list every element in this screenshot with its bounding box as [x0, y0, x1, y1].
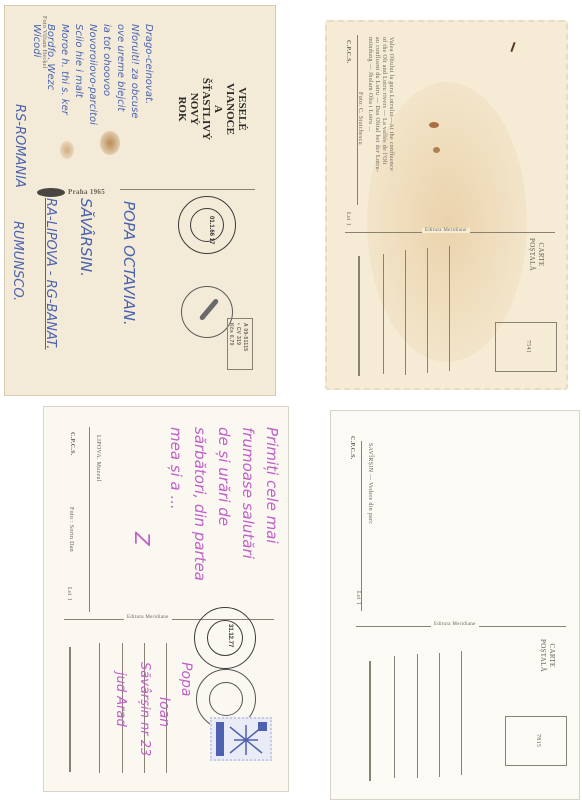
address-line	[369, 661, 371, 781]
divider-line	[361, 441, 362, 611]
caption: SAVÎRȘIN — Vedere din parc	[367, 443, 373, 524]
caption: Valea Oltului la gura Lotrului—At the co…	[366, 37, 394, 172]
address-line-country-code: RS-ROMANIA	[12, 104, 27, 188]
photo-credit: Foto : Sorin Dan	[68, 507, 74, 552]
postcard-top-left: VESELÉ VIANOCE A ŠŤASTLIVÝ NOVÝ ROK Foto…	[4, 5, 276, 396]
signature: Z	[130, 532, 154, 546]
edition: Editura Meridiane	[431, 622, 479, 627]
greeting-text: VESELÉ VIANOCE A ŠŤASTLIVÝ NOVÝ ROK	[176, 70, 248, 148]
publisher: C.P.C.S.	[69, 432, 75, 456]
publisher: C.P.C.S.	[345, 40, 351, 64]
address-line	[417, 654, 418, 778]
address-line-first-name: Ioan	[156, 697, 172, 727]
divider-line	[89, 427, 90, 612]
address-line-country: RUMUNSCO.	[10, 221, 25, 301]
stain	[60, 141, 74, 159]
address-line	[358, 256, 360, 376]
address-line	[449, 246, 450, 371]
divider-line	[120, 189, 255, 190]
handwritten-message: Drago-ceinovat. Nforuiti! za obcuse ove …	[29, 24, 155, 125]
postmark-savarsin: 31.12.77	[194, 607, 256, 669]
address-line	[461, 651, 462, 775]
price: Lei 1	[66, 587, 72, 601]
postcard-top-right: C.P.C.S. Valea Oltului la gura Lotrului—…	[325, 20, 568, 390]
pylon-icon	[226, 723, 266, 757]
price: Lei 1	[345, 212, 351, 226]
address-line	[427, 248, 428, 373]
postcard-bottom-left: C.P.C.S. LIPOVA. Muzeul Foto : Sorin Dan…	[43, 406, 289, 792]
address-line-street: Săvârșin nr 23	[137, 662, 152, 756]
publisher: C.P.C.S.	[349, 436, 355, 460]
edition: Editura Meridiane	[124, 615, 172, 620]
card-title: CARTE POȘTALĂ	[538, 639, 556, 672]
address-line-town: SĂVÂRSIN.	[77, 198, 95, 277]
postage-stamp	[210, 717, 272, 761]
price: Lei 1	[355, 591, 361, 605]
address-line	[394, 656, 395, 778]
mark	[510, 42, 515, 52]
publisher-logo-icon	[37, 188, 65, 197]
address-line	[405, 250, 406, 375]
caption: LIPOVA. Muzeul	[95, 435, 101, 482]
address-line	[439, 653, 440, 777]
edition: Editura Meridiane	[422, 228, 470, 233]
handwritten-message: Primiți cele mai frumoase salutări de și…	[164, 427, 284, 581]
photo-credit: Foto: C. Stoichescu	[357, 92, 363, 145]
stamp-box: 7541	[495, 322, 557, 372]
address-line-county: jud Arad	[113, 672, 128, 727]
stamp-box: 7815	[505, 716, 567, 766]
address-line-region: RA-LIPOVA - RG-BANAT.	[43, 198, 58, 349]
postcard-bottom-right: C.P.C.S. SAVÎRȘIN — Vedere din parc Lei …	[330, 410, 580, 800]
card-title: CARTE POȘTALĂ	[527, 238, 545, 271]
address-line	[99, 643, 100, 773]
address-line	[69, 647, 71, 772]
stain	[429, 122, 439, 128]
stain	[433, 147, 440, 153]
postmark-lipova	[181, 286, 233, 338]
address-line-name: POPA OCTAVIAN.	[120, 201, 138, 326]
stamp-box: A 09-51115 • CV 319 Kčs 0,70	[227, 318, 253, 370]
stain	[100, 131, 120, 155]
address-line-name: Popa	[178, 662, 194, 696]
address-line	[383, 254, 384, 374]
publisher-mark: Praha 1965	[68, 188, 105, 196]
postmark-savarsin: 01.1.66 17	[178, 196, 236, 254]
stamp-country-band	[216, 722, 224, 756]
